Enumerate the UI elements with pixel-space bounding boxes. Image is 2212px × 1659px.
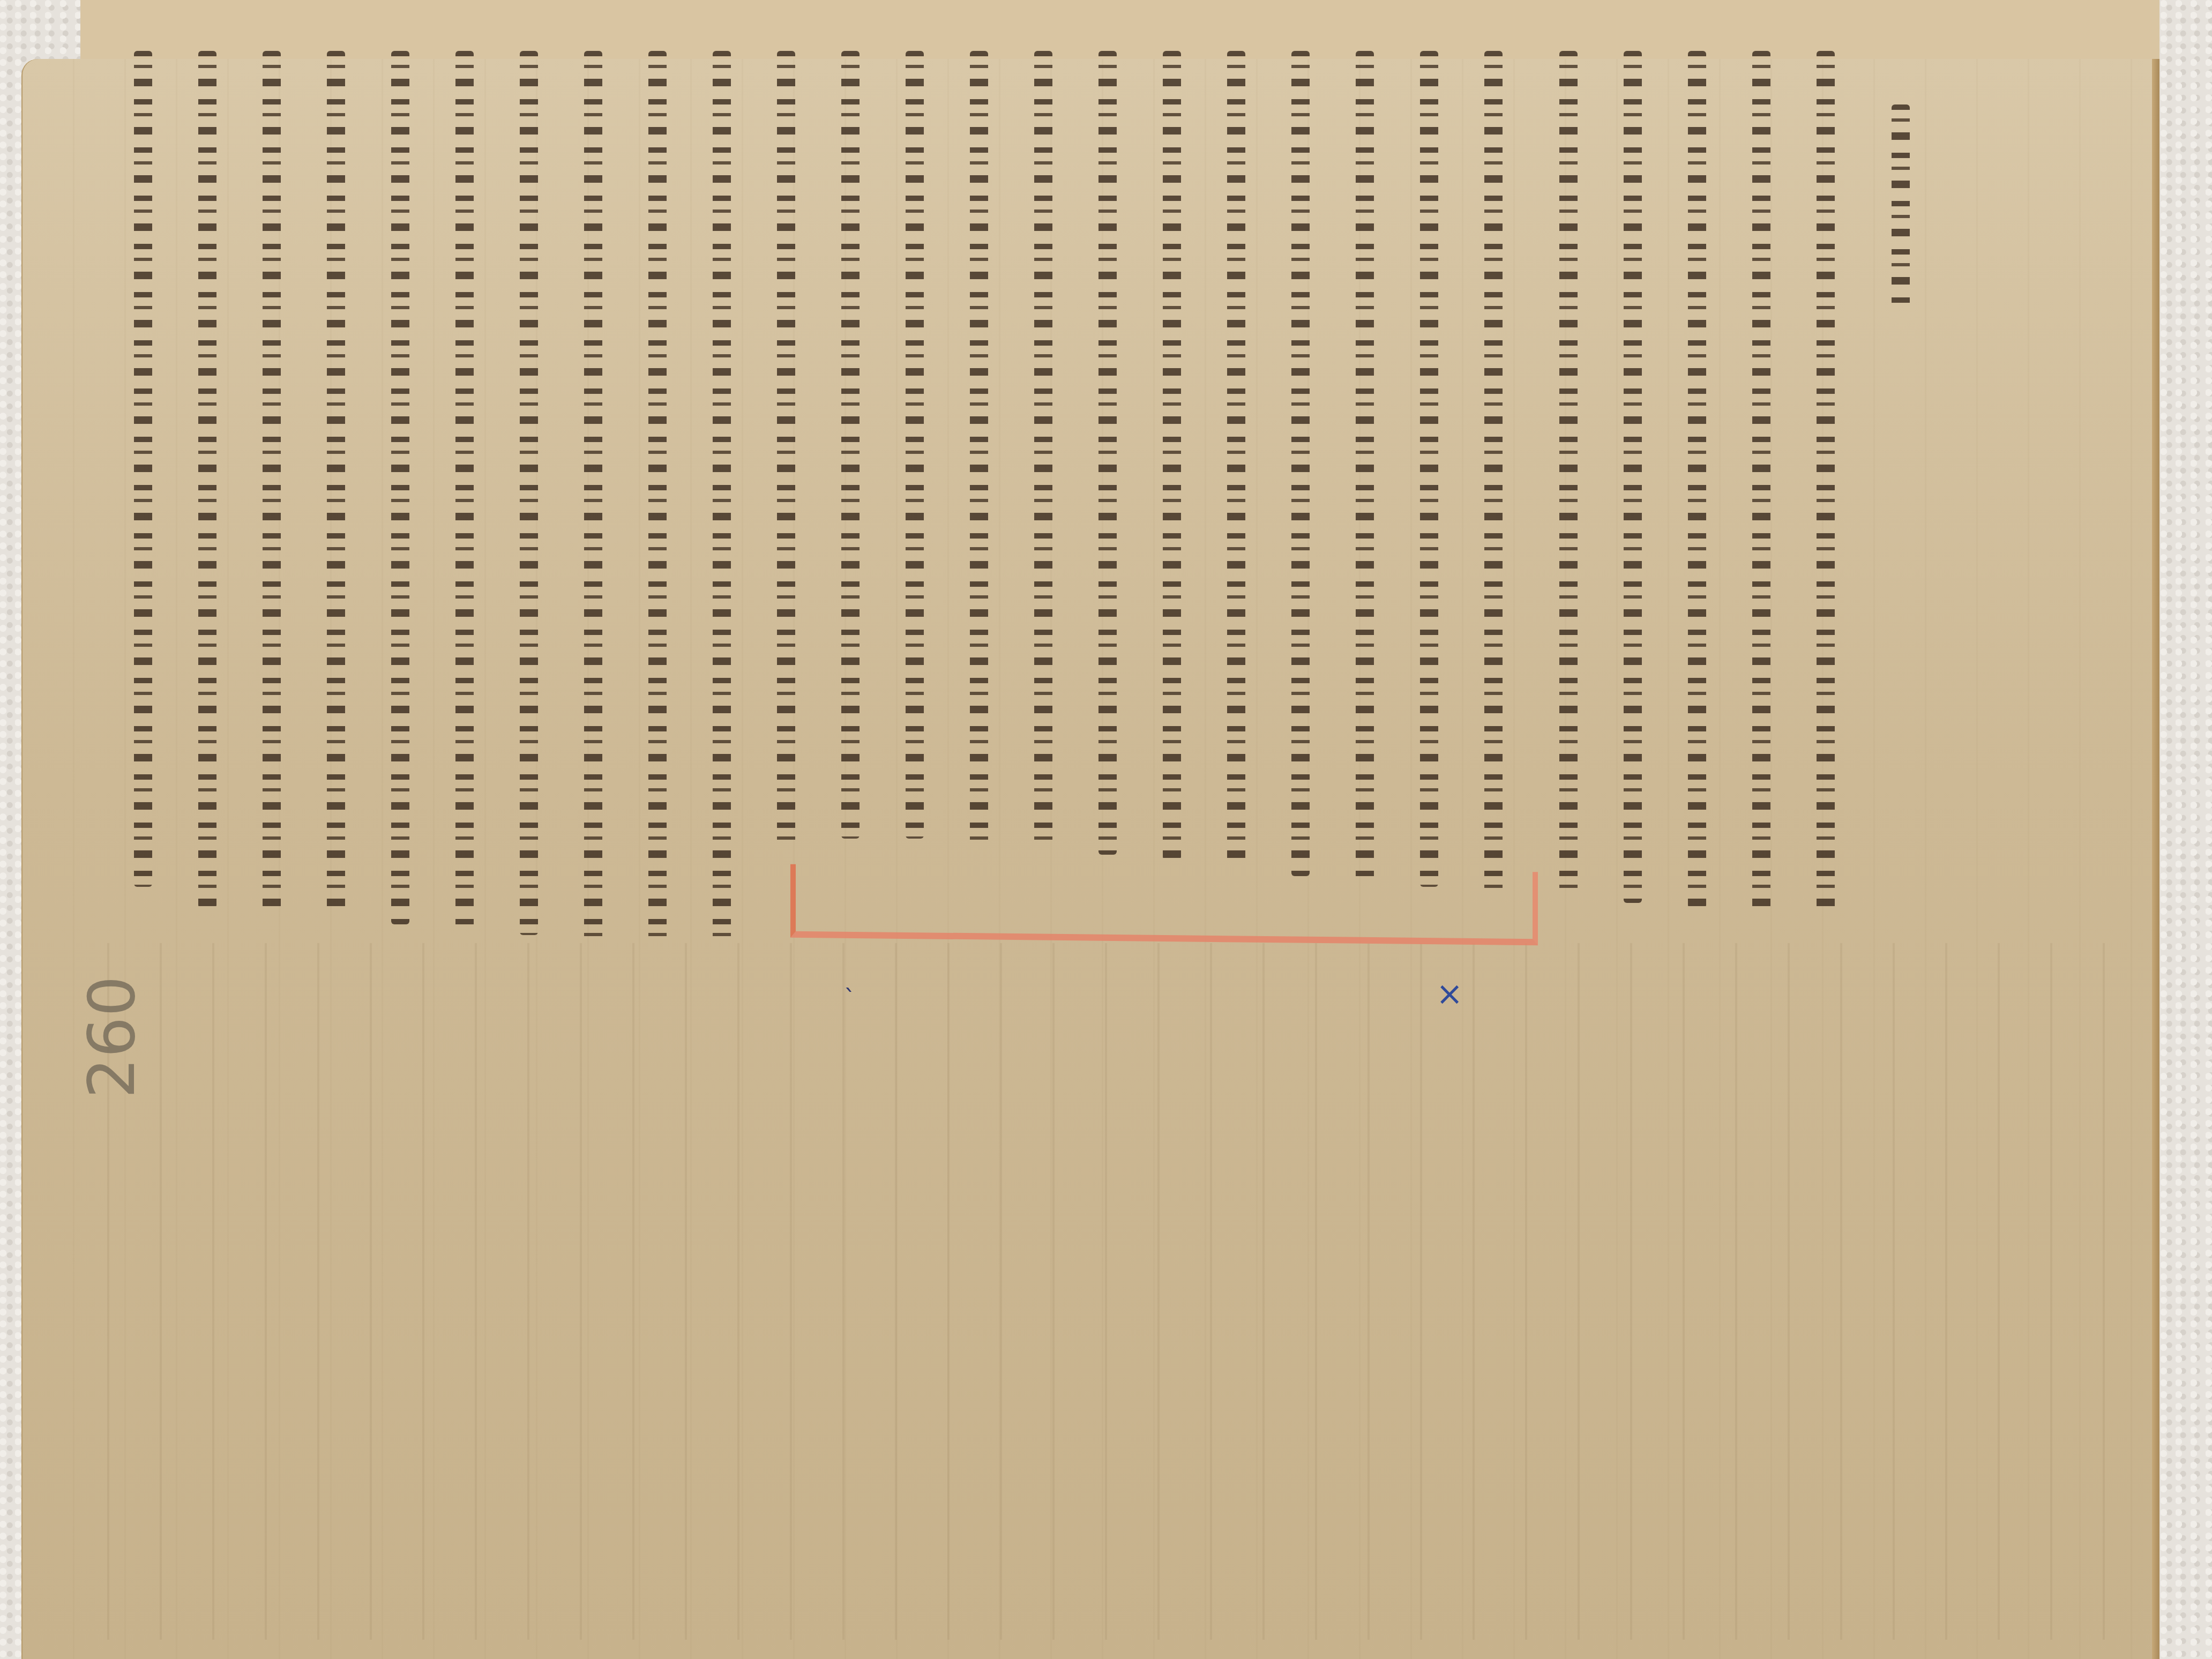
text-line: [illegible Kurrent script] bbox=[520, 51, 538, 935]
text-line: [illegible Kurrent script] bbox=[713, 51, 731, 946]
text-line: [illegible Kurrent script] bbox=[134, 51, 152, 887]
text-line: [illegible Kurrent script] bbox=[327, 51, 345, 919]
text-line: [illegible Kurrent script] bbox=[1098, 51, 1117, 855]
text-line: [illegible Kurrent script] bbox=[1227, 51, 1245, 865]
text-line: [illegible Kurrent script] bbox=[1291, 51, 1310, 876]
text-line: [illegible Kurrent script] bbox=[584, 51, 602, 940]
text-line: [illegible Kurrent script] bbox=[455, 51, 474, 930]
blue-x-mark-icon: × bbox=[1436, 975, 1463, 1013]
text-line: [illegible Kurrent script] bbox=[1688, 51, 1706, 908]
handwritten-text-block: [illegible Kurrent script] [illegible Ku… bbox=[134, 51, 2063, 962]
text-line: [illegible Kurrent script] bbox=[1420, 51, 1438, 887]
text-line: [illegible Kurrent script] bbox=[1752, 51, 1770, 914]
text-line: [illegible Kurrent script] bbox=[198, 51, 216, 908]
text-line: [illegible Kurrent script] bbox=[1356, 51, 1374, 881]
text-line: [illegible Kurrent script] bbox=[906, 51, 924, 839]
text-line: [illegible Kurrent script] bbox=[1624, 51, 1642, 903]
blue-tick-mark-icon: ˎ bbox=[844, 965, 856, 992]
ink-show-through bbox=[86, 943, 2122, 1640]
text-line: [illegible Kurrent script] bbox=[1817, 51, 1835, 919]
text-line: [illegible Kurrent script] bbox=[970, 51, 988, 844]
text-line: [illegible Kurrent script] bbox=[1892, 104, 1910, 308]
text-line: [illegible Kurrent script] bbox=[841, 51, 860, 839]
text-line: [illegible Kurrent script] bbox=[1484, 51, 1503, 892]
text-line: [illegible Kurrent script] bbox=[391, 51, 409, 924]
red-crayon-bracket bbox=[790, 864, 1538, 946]
text-line: [illegible Kurrent script] bbox=[1559, 51, 1578, 898]
text-line: [illegible Kurrent script] bbox=[1034, 51, 1052, 849]
text-line: [illegible Kurrent script] bbox=[263, 51, 281, 914]
page-edge bbox=[2152, 59, 2159, 1659]
text-line: [illegible Kurrent script] bbox=[777, 51, 795, 844]
text-line: [illegible Kurrent script] bbox=[1163, 51, 1181, 860]
text-line: [illegible Kurrent script] bbox=[648, 51, 667, 940]
page-number: 260 bbox=[75, 976, 150, 1098]
